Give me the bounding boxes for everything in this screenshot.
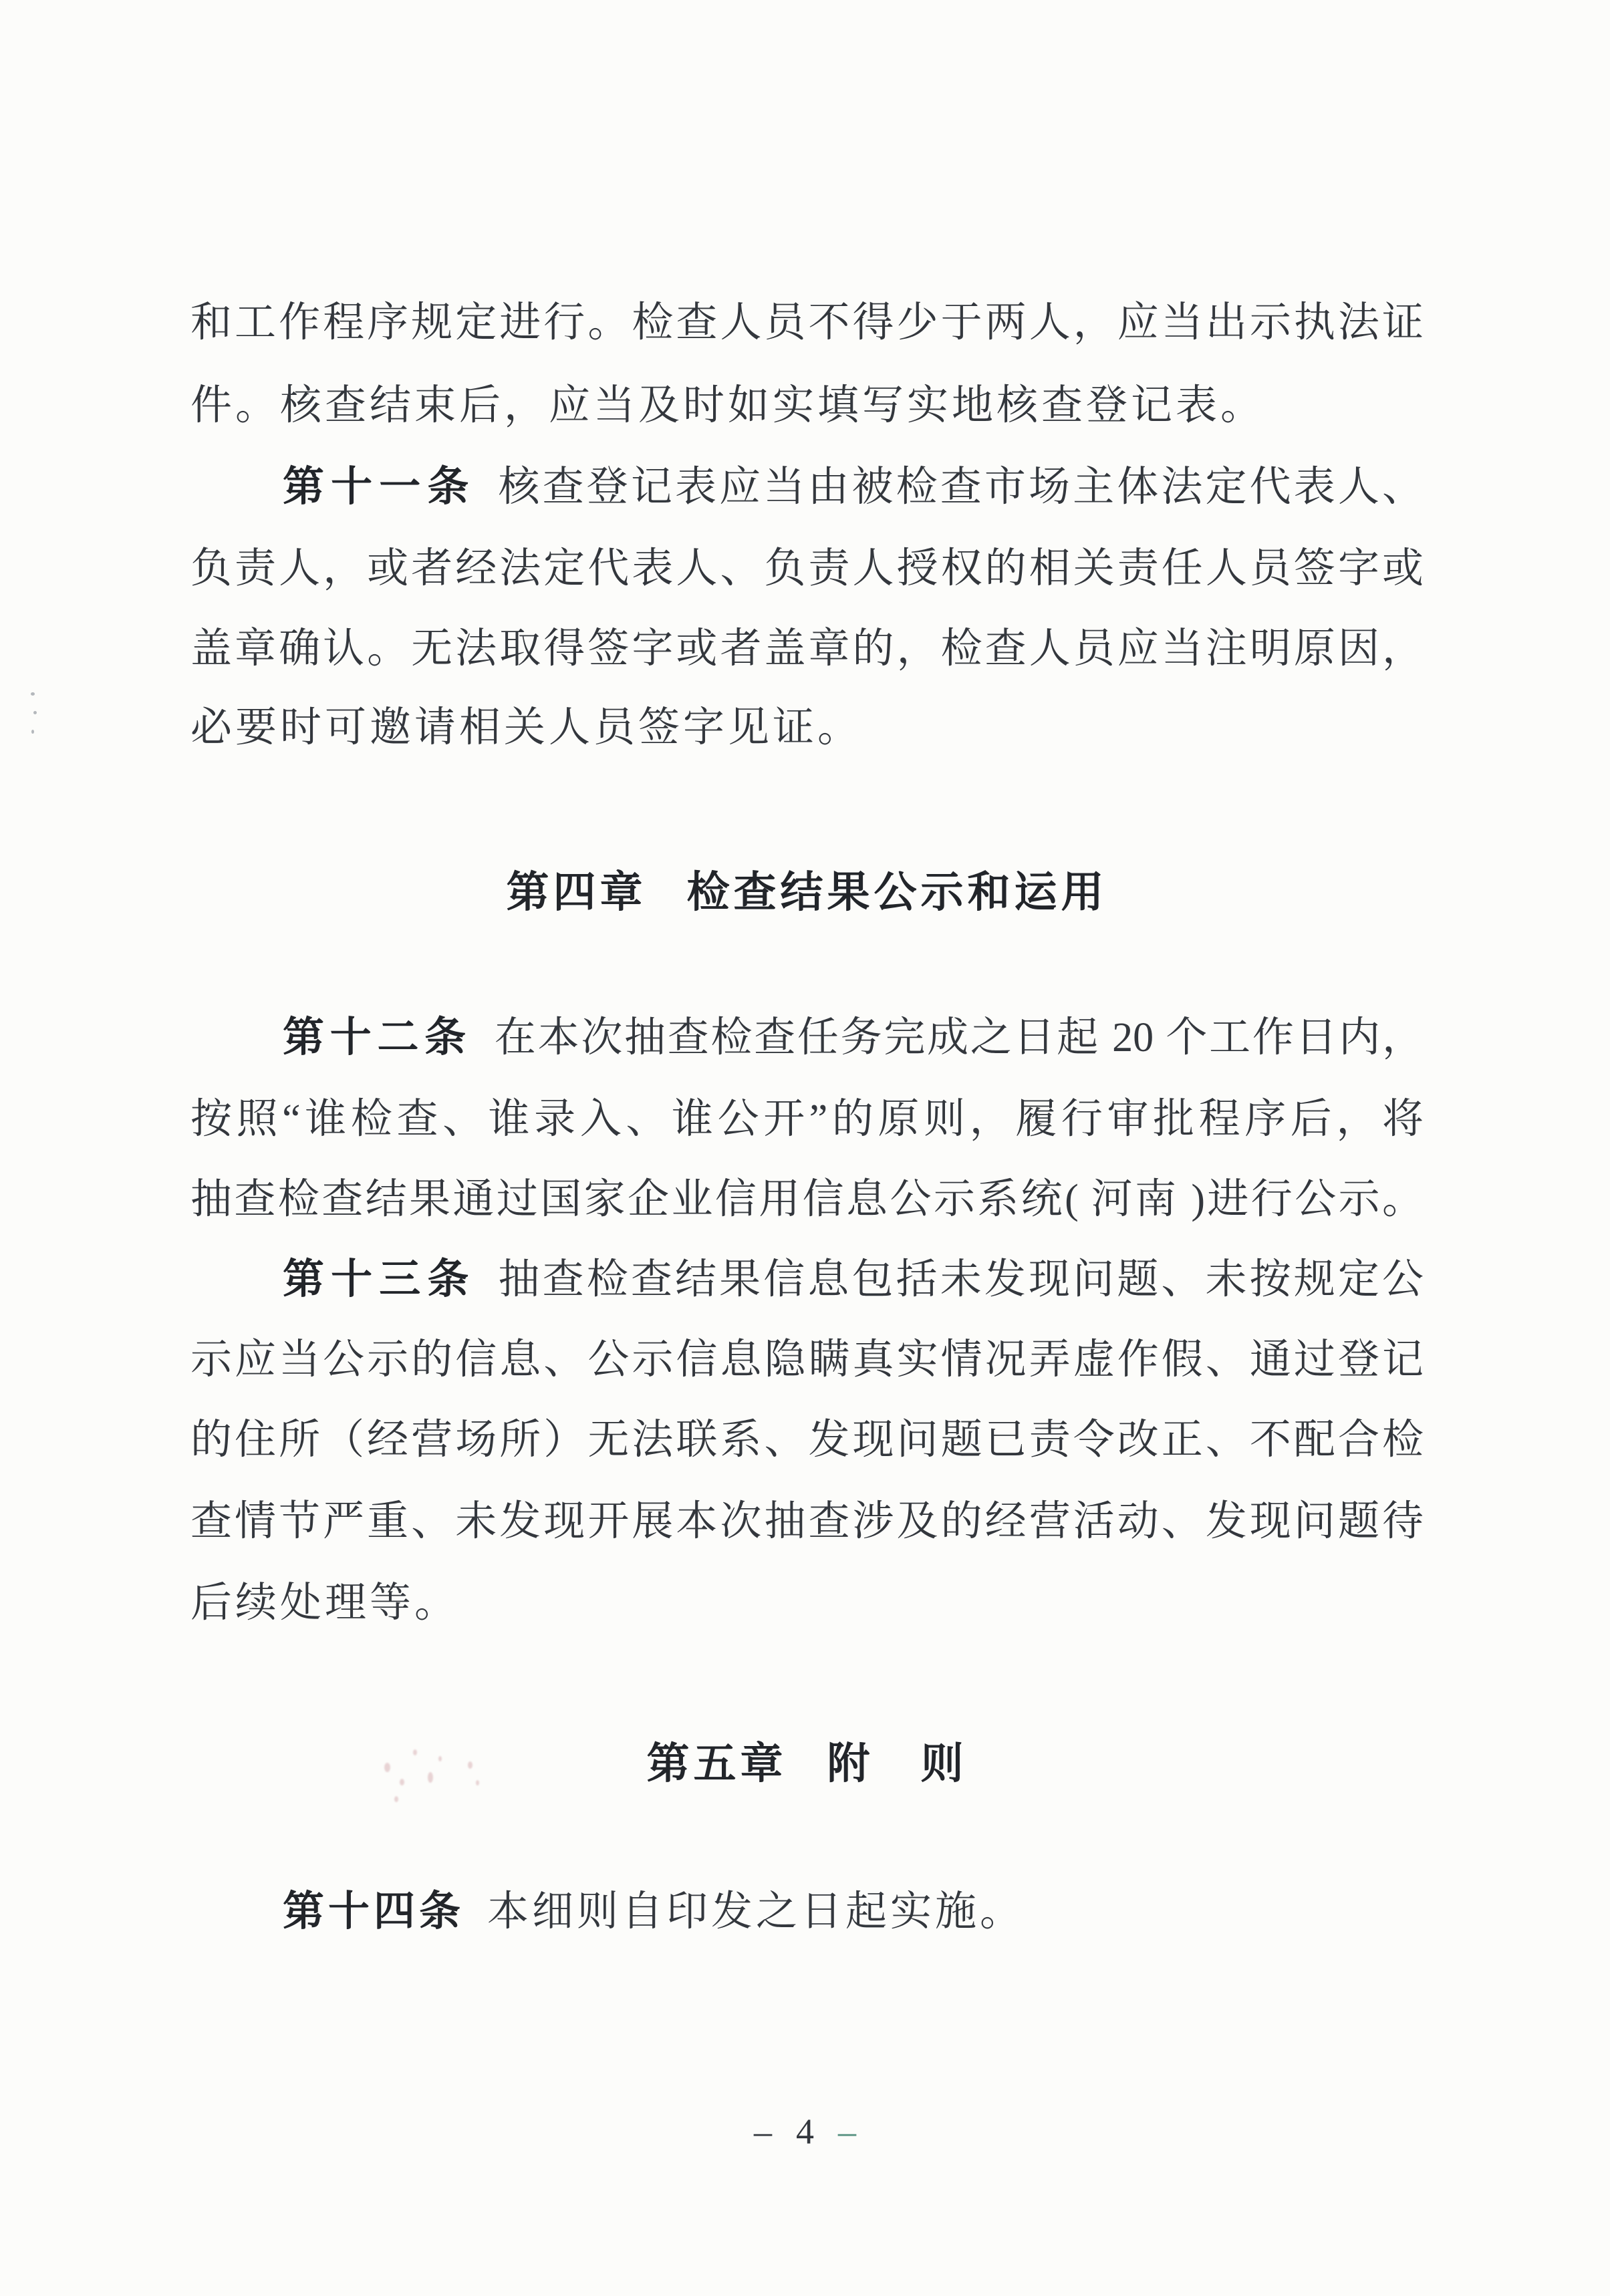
chapter-number: 第五章 (647, 1739, 787, 1787)
body-text: 盖章确认。无法取得签字或者盖章的，检查人员应当注明原因， (190, 626, 1424, 672)
article-number: 第十四条 (283, 1888, 464, 1934)
body-text: 后续处理等。 (190, 1580, 459, 1626)
body-text: 必要时可邀请相关人员签字见证。 (190, 705, 862, 750)
chapter-heading: 第四章检查结果公示和运用 (190, 866, 1424, 918)
chapter-heading: 第五章附 则 (190, 1737, 1424, 1789)
body-line: 按照“谁检查、谁录入、谁公开”的原则，履行审批程序后，将 (190, 1095, 1424, 1144)
article-number: 第十三条 (283, 1256, 476, 1302)
body-text: 抽查检查结果通过国家企业信用信息公示系统( 河南 )进行公示。 (190, 1177, 1424, 1222)
body-line: 盖章确认。无法取得签字或者盖章的，检查人员应当注明原因， (190, 624, 1424, 674)
scanned-document-page: 和工作程序规定进行。检查人员不得少于两人，应当出示执法证 件。核查结束后，应当及… (0, 0, 1610, 2296)
scan-speckle (33, 711, 37, 714)
body-line: 必要时可邀请相关人员签字见证。 (190, 703, 1424, 752)
article-line: 第十二条在本次抽查检查任务完成之日起 20 个工作日内， (190, 1013, 1424, 1062)
page-number-dash-left: – (754, 2112, 772, 2152)
body-line: 示应当公示的信息、公示信息隐瞒真实情况弄虚作假、通过登记 (190, 1335, 1424, 1385)
chapter-number: 第四章 (507, 868, 647, 916)
article-number: 第十二条 (283, 1014, 472, 1060)
body-text: 和工作程序规定进行。检查人员不得少于两人，应当出示执法证 (190, 300, 1424, 345)
page-number-dash-right: – (838, 2112, 856, 2152)
page-number-value: 4 (796, 2112, 814, 2152)
article-text: 本细则自印发之日起实施。 (487, 1889, 1025, 1934)
article-line: 第十一条核查登记表应当由被检查市场主体法定代表人、 (190, 462, 1424, 512)
chapter-title: 附 则 (827, 1739, 968, 1787)
body-line: 和工作程序规定进行。检查人员不得少于两人，应当出示执法证 (190, 298, 1424, 347)
body-text: 的住所（经营场所）无法联系、发现问题已责令改正、不配合检 (190, 1417, 1424, 1463)
body-line: 后续处理等。 (190, 1578, 1424, 1628)
body-text: 查情节严重、未发现开展本次抽查涉及的经营活动、发现问题待 (190, 1499, 1424, 1544)
body-text: 示应当公示的信息、公示信息隐瞒真实情况弄虚作假、通过登记 (190, 1337, 1424, 1383)
body-text: 负责人，或者经法定代表人、负责人授权的相关责任人员签字或 (190, 546, 1424, 591)
body-line: 的住所（经营场所）无法联系、发现问题已责令改正、不配合检 (190, 1415, 1424, 1465)
body-line: 抽查检查结果通过国家企业信用信息公示系统( 河南 )进行公示。 (190, 1175, 1424, 1224)
scan-speckle (31, 692, 35, 696)
article-line: 第十三条抽查检查结果信息包括未发现问题、未按规定公 (190, 1255, 1424, 1304)
article-text: 抽查检查结果信息包括未发现问题、未按规定公 (499, 1257, 1424, 1302)
body-line: 件。核查结束后，应当及时如实填写实地核查登记表。 (190, 381, 1424, 430)
page-number: –4– (0, 2112, 1610, 2152)
article-text: 核查登记表应当由被检查市场主体法定代表人、 (499, 464, 1424, 510)
chapter-title: 检查结果公示和运用 (687, 868, 1108, 916)
body-line: 负责人，或者经法定代表人、负责人授权的相关责任人员签字或 (190, 544, 1424, 593)
body-line: 查情节严重、未发现开展本次抽查涉及的经营活动、发现问题待 (190, 1497, 1424, 1546)
article-line: 第十四条本细则自印发之日起实施。 (190, 1887, 1424, 1936)
article-number: 第十一条 (283, 464, 476, 510)
scan-speckle (31, 730, 34, 734)
article-text: 在本次抽查检查任务完成之日起 20 个工作日内， (495, 1015, 1424, 1060)
body-text: 件。核查结束后，应当及时如实填写实地核查登记表。 (190, 383, 1265, 428)
body-text: 按照“谁检查、谁录入、谁公开”的原则，履行审批程序后，将 (190, 1097, 1424, 1142)
